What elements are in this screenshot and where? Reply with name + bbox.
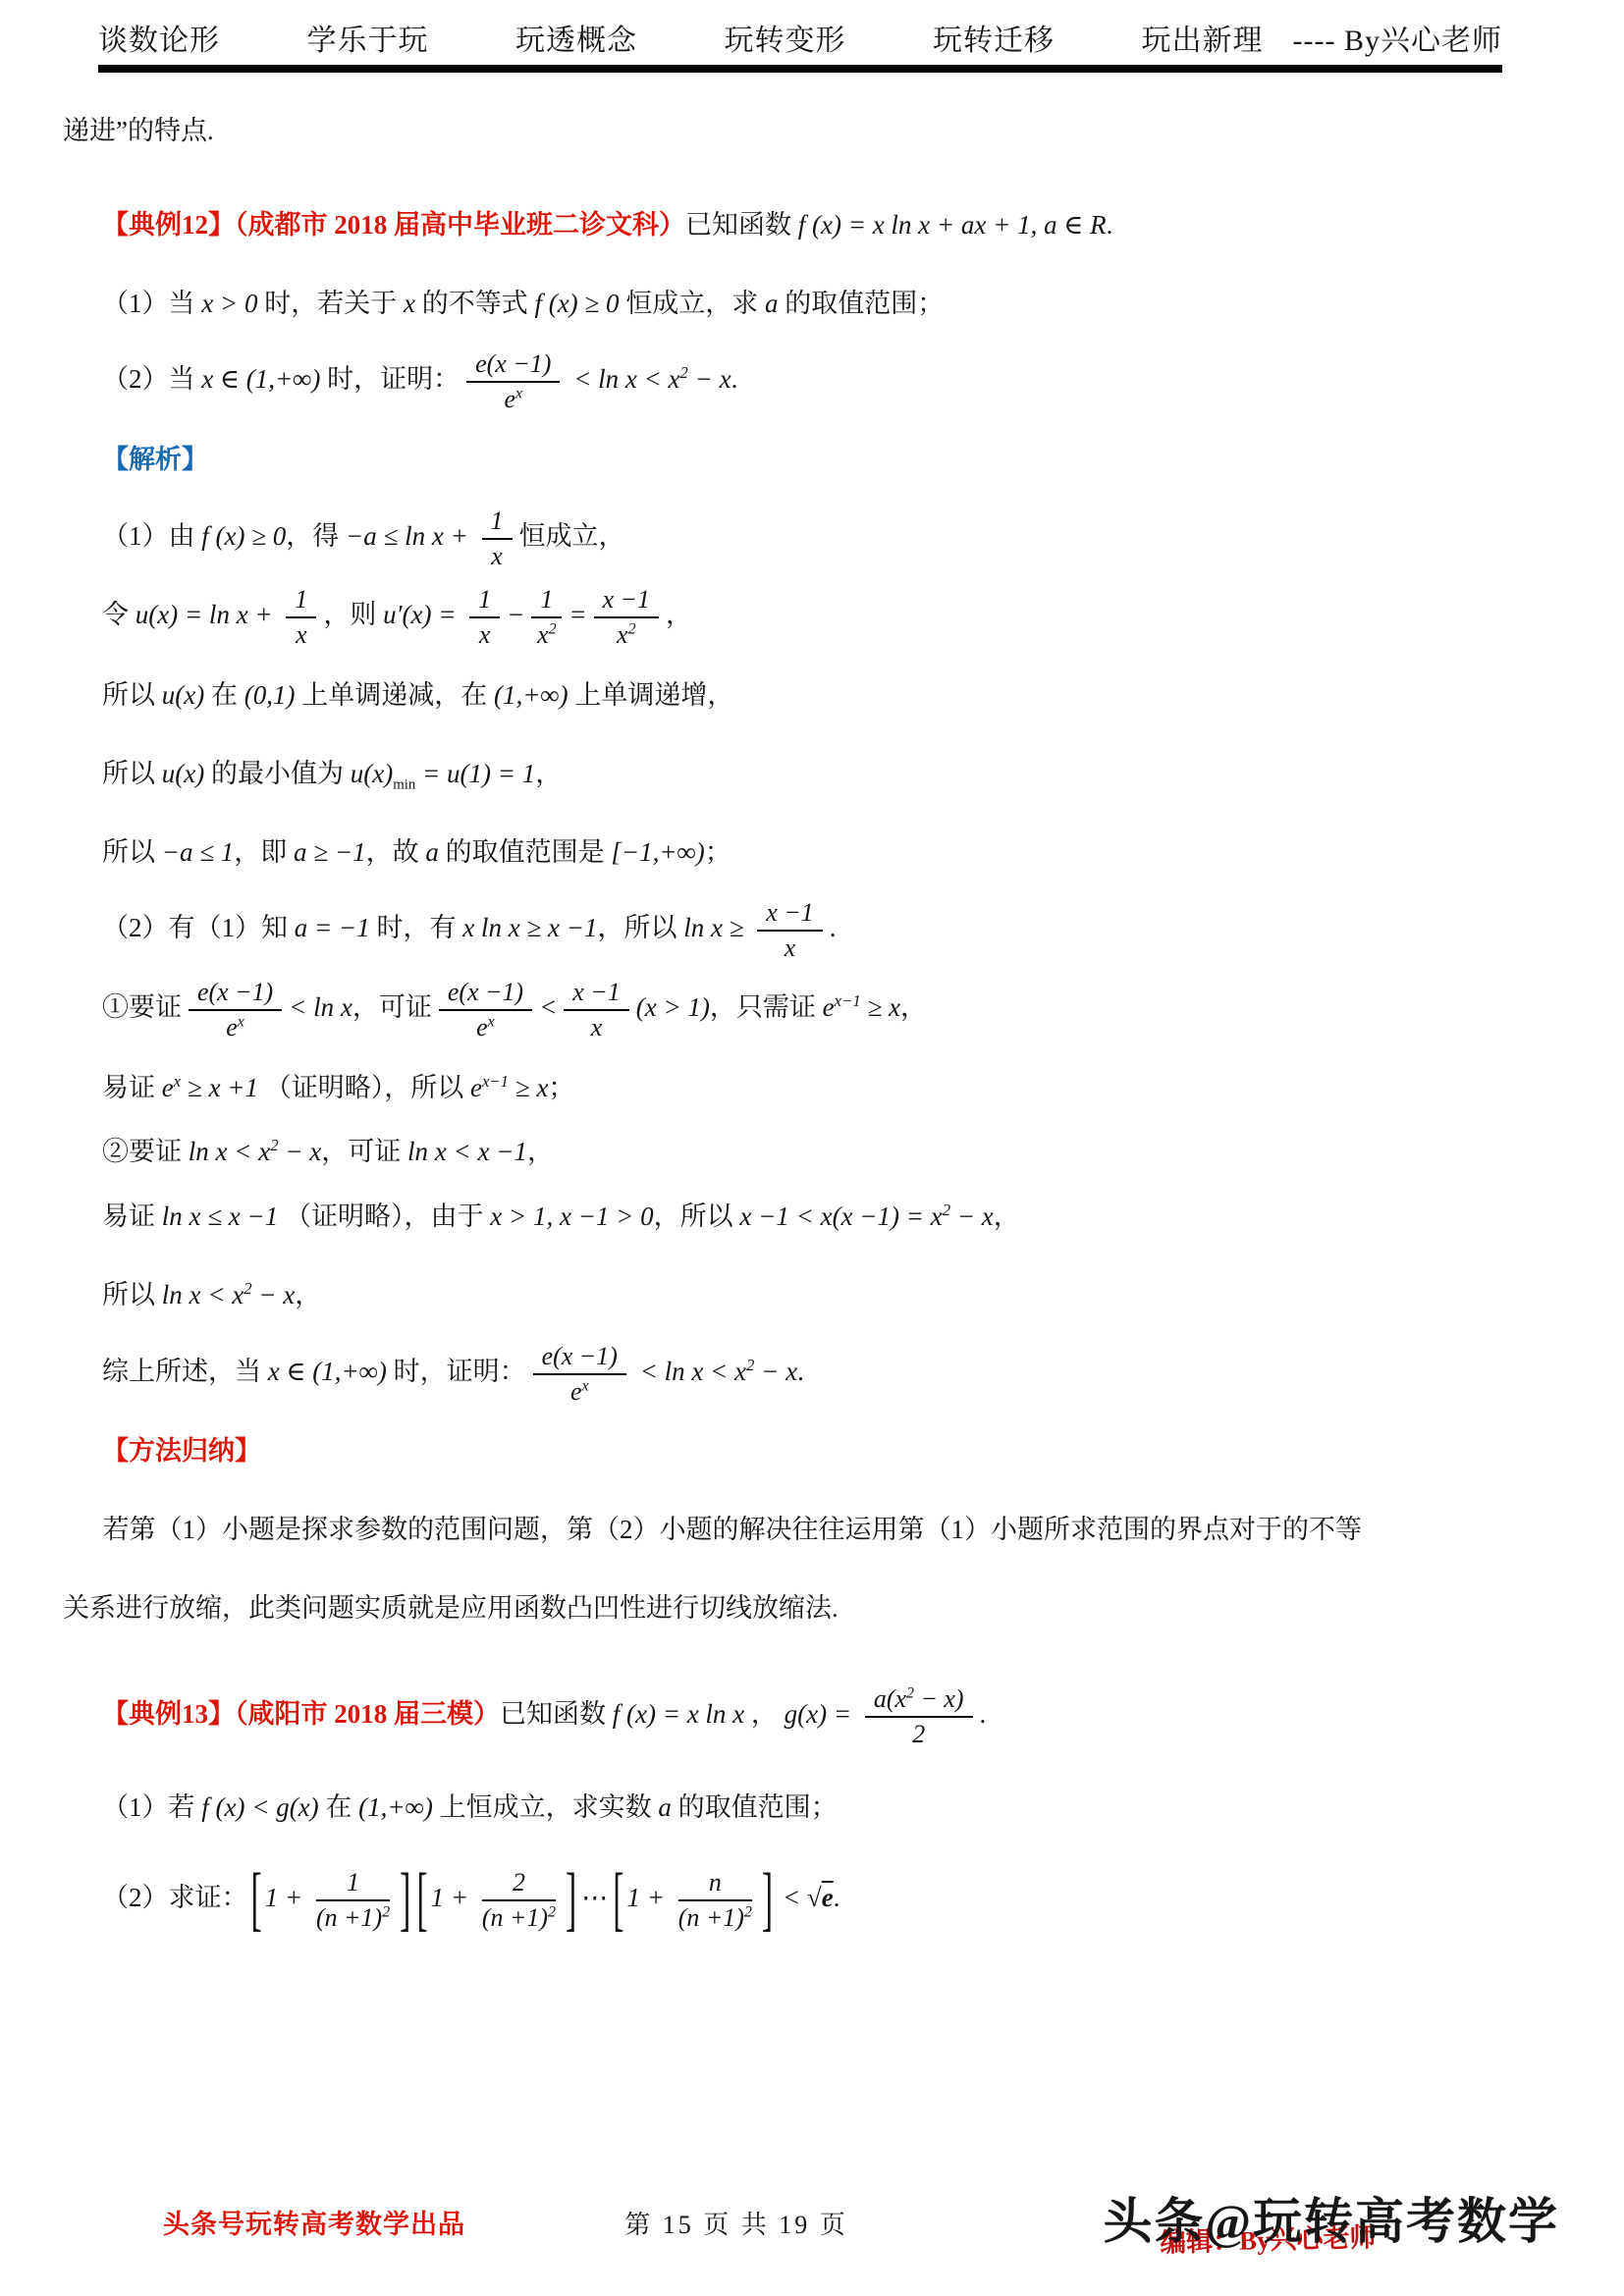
fraction: e(x −1)ex [466,349,560,414]
math-run: (x > 1) [636,992,710,1022]
text-run: ，只需证 [710,992,816,1022]
math-run: 2 [912,1720,925,1748]
text-run: ； [705,837,731,867]
header-divider [98,65,1502,73]
math-run: (1,+∞) [487,680,574,710]
text-run: ，得 [286,521,339,551]
math-run: x −1 [766,898,813,927]
math-run: < [539,992,557,1022]
text-run: 恒成立， [519,521,625,551]
text-run: ，可证 [352,992,432,1022]
solution-line-5: 所以 −a ≤ 1，即 a ≥ −1，故 a 的取值范围是 [−1,+∞)； [102,834,1534,872]
fraction-numerator: e(x −1) [439,978,532,1011]
ellipsis: ⋯ [581,1883,608,1912]
text-run: 所以 [102,680,155,710]
fraction-numerator: n [678,1868,752,1901]
math-run: f (x) < g(x) [195,1792,326,1822]
text-run: 综上所述，当 [102,1357,261,1386]
math-run: e [816,992,835,1022]
subscript: min [393,776,415,792]
radicand: e [822,1883,834,1912]
text-run: 易证 [102,1201,155,1231]
fraction-numerator: e(x −1) [189,978,282,1011]
text-run: 在 [211,680,238,710]
fraction-numerator: 1 [316,1868,390,1901]
math-run: 1 [295,585,307,614]
fraction: 2(n +1)2 [482,1868,556,1933]
math-run: 2 [513,1868,525,1896]
solution-line-12: 综上所述，当 x ∈ (1,+∞) 时，证明：e(x −1)ex < ln x … [102,1342,1534,1407]
math-run: 1 + [627,1883,672,1912]
fraction-denominator: 2 [865,1718,973,1749]
text-run: 所以 [102,837,155,867]
math-run: a = −1 [288,913,376,942]
text-run: ， [994,1201,1020,1231]
math-run: u(x) [155,759,211,788]
math-run: x ln x ≥ x −1 [456,913,597,942]
math-run: − x [252,1280,296,1309]
text-run: . [731,364,738,394]
superscript: 2 [549,621,557,638]
text-run: . [834,1883,840,1912]
example13-part1: （1）若 f (x) < g(x) 在 (1,+∞) 上恒成立，求实数 a 的取… [102,1789,1534,1827]
fraction-denominator: ex [189,1011,282,1042]
text-run: 已知函数 [685,210,791,240]
fraction-denominator: ex [533,1375,626,1407]
text-run: 上单调递减，在 [301,680,487,710]
text-run: 关系进行放缩，此类问题实质就是应用函数凸凹性进行切线放缩法. [63,1593,839,1623]
math-run: x [296,620,307,649]
math-run: −a ≤ ln x + [339,521,474,551]
header-item-6: 玩出新理 [1142,16,1264,59]
fraction: 1x [469,585,500,650]
math-run: < ln x < x [633,1357,746,1386]
example12-title: 【典例12】（成都市 2018 届高中毕业班二诊文科）已知函数 f (x) = … [102,207,1534,244]
math-run: −a ≤ 1 [155,837,234,867]
math-run: x [491,542,503,570]
fraction-denominator: x [564,1011,628,1042]
math-run: 1 [540,585,553,614]
math-run: x ∈ (1,+∞) [195,364,328,394]
text-run: 时，证明： [394,1357,526,1386]
math-run: a(x [874,1684,906,1713]
fraction: n(n +1)2 [678,1868,752,1933]
math-run: x −1 < x(x −1) = x [733,1201,943,1231]
header-item-5: 玩转迁移 [933,16,1055,59]
math-run: = u(1) = 1 [415,759,535,788]
header: 谈数论形 学乐于玩 玩透概念 玩转变形 玩转迁移 玩出新理 ---- By兴心老… [0,0,1624,59]
text-run: ，所以 [654,1201,733,1231]
math-run: 1 + [431,1883,475,1912]
superscript: x [488,1013,495,1030]
solution-line-9: ②要证 ln x < x2 − x，可证 ln x < x −1， [102,1134,1534,1171]
math-run: x [537,620,549,649]
example13-title: 【典例13】（咸阳市 2018 届三模）已知函数 f (x) = x ln x … [102,1684,1534,1749]
text-run: 上单调递增， [574,680,733,710]
superscript: 2 [906,1684,914,1701]
math-run: a [419,837,446,867]
superscript: 2 [628,621,636,638]
example12-part1: （1）当 x > 0 时，若关于 x 的不等式 f (x) ≥ 0 恒成立，求 … [102,286,1534,323]
text-run: （2）有（1）知 [102,913,288,942]
math-run: e(x −1) [197,978,273,1006]
superscript: x [581,1377,588,1394]
math-run: u′(x) = [376,600,462,629]
math-run: x −1 [572,978,620,1006]
fraction-denominator: x [469,618,500,650]
text-run: ， [295,1280,321,1309]
big-bracket: ] [566,1850,576,1950]
text-run: ， [751,1699,778,1729]
solution-line-7: ①要证e(x −1)ex< ln x，可证e(x −1)ex<x −1x(x >… [102,978,1534,1042]
fraction: e(x −1)ex [439,978,532,1042]
superscript: 2 [244,1279,251,1298]
math-run: f (x) = x ln x [606,1699,751,1729]
fraction: 1x2 [531,585,562,650]
math-run: e [463,1073,482,1102]
math-run: u(x) [344,759,393,788]
text-run: . [797,1357,804,1386]
math-run: e [226,1013,238,1041]
fraction-denominator: x [286,618,316,650]
text-run: ，故 [366,837,419,867]
big-bracket: ] [762,1850,773,1950]
fraction-numerator: x −1 [757,898,822,932]
math-run: x > 0 [195,289,265,318]
fraction-numerator: a(x2 − x) [865,1684,973,1718]
math-run: 1 [478,585,491,614]
superscript: 2 [744,1903,752,1920]
math-run: u(x) = ln x + [129,600,279,629]
fraction-denominator: (n +1)2 [316,1901,390,1933]
document-page: 谈数论形 学乐于玩 玩透概念 玩转变形 玩转迁移 玩出新理 ---- By兴心老… [0,0,1624,2296]
text-run: 时，有 [376,913,456,942]
math-run: x [397,289,421,318]
text-run: ， [900,992,927,1022]
math-run: ≥ x +1 [181,1073,265,1102]
text-run: （证明略），所以 [265,1073,464,1102]
text-run: ②要证 [102,1137,182,1166]
math-run: x [785,934,796,962]
math-run: < [776,1883,807,1912]
solution-line-10: 易证 ln x ≤ x −1 （证明略），由于 x > 1, x −1 > 0，… [102,1199,1534,1236]
fraction-denominator: x2 [594,618,659,650]
text-run: 上恒成立，求实数 [440,1792,652,1822]
text-run: 【典例12】（成都市 2018 届高中毕业班二诊文科） [102,210,685,240]
superscript: 2 [680,363,688,382]
math-run: u(x) [155,680,211,710]
footer-publisher: 头条号玩转高考数学出品 [163,2203,465,2241]
superscript: x−1 [482,1072,509,1091]
math-run: e(x −1) [475,349,551,378]
fraction-denominator: (n +1)2 [678,1901,752,1933]
math-run: ln x < x [182,1137,270,1166]
text-run: 时，若关于 [264,289,397,318]
header-item-2: 学乐于玩 [307,16,429,59]
math-run: < ln x < x [567,364,679,394]
fraction-denominator: x2 [531,618,562,650]
fraction-numerator: e(x −1) [533,1342,626,1375]
fraction-numerator: 2 [482,1868,556,1901]
math-run: n [709,1868,722,1896]
solution-line-11: 所以 ln x < x2 − x， [102,1277,1534,1314]
math-run: x ∈ (1,+∞) [261,1357,394,1386]
math-run: ln x ≥ [677,913,750,942]
math-run: x [617,620,628,649]
fraction-denominator: x [482,540,513,571]
text-run: 在 [325,1792,352,1822]
method-summary-text-1: 若第（1）小题是探求参数的范围问题，第（2）小题的解决往往运用第（1）小题所求范… [63,1512,1534,1549]
solution-line-8: 易证 ex ≥ x +1 （证明略），所以 ex−1 ≥ x； [102,1070,1534,1107]
math-run: = [568,600,586,629]
text-run: 的取值范围； [785,289,944,318]
math-run: (1,+∞) [352,1792,439,1822]
big-bracket: [ [416,1850,427,1950]
text-run: （1）当 [102,289,195,318]
big-bracket: ] [400,1850,410,1950]
solution-line-4: 所以 u(x) 的最小值为 u(x)min = u(1) = 1， [102,756,1534,793]
method-summary-text-2: 关系进行放缩，此类问题实质就是应用函数凸凹性进行切线放缩法. [63,1590,1534,1628]
header-item-1: 谈数论形 [98,16,220,59]
solution-line-3: 所以 u(x) 在 (0,1) 上单调递减，在 (1,+∞) 上单调递增， [102,677,1534,715]
text-run: （2）求证： [102,1883,248,1912]
fraction: 1(n +1)2 [316,1868,390,1933]
fraction-denominator: ex [466,383,560,414]
text-run: 恒成立，求 [625,289,758,318]
text-run: ，所以 [597,913,677,942]
math-run: ln x ≤ x −1 [155,1201,285,1231]
text-run: ； [548,1073,574,1102]
math-run: − x [950,1201,994,1231]
math-run: (n +1) [316,1903,382,1932]
math-run: (n +1) [678,1903,744,1932]
fraction: e(x −1)ex [533,1342,626,1407]
math-run: x > 1, x −1 > 0 [484,1201,654,1231]
fraction: x −1x [757,898,822,963]
math-run: f (x) ≥ 0 [195,521,287,551]
math-run: e [504,385,515,413]
big-bracket: [ [251,1850,262,1950]
superscript: x [238,1013,244,1030]
math-run: − [507,600,524,629]
math-run: a [758,289,785,318]
math-run: a ≥ −1 [287,837,365,867]
example12-part2: （2）当 x ∈ (1,+∞) 时，证明：e(x −1)ex < ln x < … [102,349,1534,414]
math-run: f (x) = x ln x + ax + 1, a ∈ R [791,210,1107,240]
text-run: ，可证 [321,1137,401,1166]
fraction-numerator: e(x −1) [466,349,560,383]
math-run: x [591,1013,603,1041]
text-run: ，即 [234,837,287,867]
superscript: x [515,386,522,402]
header-item-4: 玩转变形 [725,16,846,59]
paragraph-continuation: 递进”的特点. [63,113,1534,150]
text-run: . [980,1699,987,1729]
solution-line-2: 令 u(x) = ln x + 1x，则 u′(x) = 1x−1x2=x −1… [102,585,1534,650]
text-run: 的不等式 [422,289,528,318]
method-summary-heading: 【方法归纳】 [102,1433,1534,1470]
text-run: ，则 [323,600,376,629]
superscript: 2 [943,1201,950,1219]
text-run: 已知函数 [500,1699,606,1729]
fraction-numerator: 1 [531,585,562,618]
fraction: 1x [286,585,316,650]
math-run: ln x < x −1 [401,1137,527,1166]
math-run: (n +1) [482,1903,548,1932]
math-run: − x [688,364,731,394]
text-run: （证明略），由于 [285,1201,484,1231]
text-run: 的最小值为 [211,759,344,788]
math-run: − x) [914,1684,964,1713]
math-run: 1 + [265,1883,309,1912]
text-run: 所以 [102,759,155,788]
math-run: a [652,1792,678,1822]
math-run: e(x −1) [448,978,523,1006]
math-run: (0,1) [238,680,301,710]
example13-part2: （2）求证：[1 + 1(n +1)2][1 + 2(n +1)2]⋯[1 + … [102,1868,1534,1933]
header-item-3: 玩透概念 [515,16,637,59]
text-run: 令 [102,600,129,629]
footer-page-number: 第 15 页 共 19 页 [491,2205,982,2241]
radical-sign: √ [807,1883,822,1912]
math-run: x [479,620,491,649]
math-run: f (x) ≥ 0 [528,289,626,318]
text-run: . [830,913,837,942]
math-run: e [155,1073,174,1102]
text-run: 【方法归纳】 [102,1436,261,1466]
fraction: 1x [482,507,513,571]
math-run: − x [754,1357,797,1386]
fraction: e(x −1)ex [189,978,282,1042]
fraction-numerator: x −1 [594,585,659,618]
fraction: x −1x [564,978,628,1042]
superscript: 2 [382,1903,390,1920]
math-run: ln x < x [155,1280,244,1309]
superscript: 2 [548,1903,556,1920]
text-run: . [1107,210,1113,240]
fraction-numerator: 1 [482,507,513,540]
text-run: （1）若 [102,1792,195,1822]
fraction: a(x2 − x)2 [865,1684,973,1749]
fraction: x −1x2 [594,585,659,650]
fraction-numerator: 1 [469,585,500,618]
math-run: x −1 [603,585,650,614]
content: 递进”的特点.【典例12】（成都市 2018 届高中毕业班二诊文科）已知函数 f… [0,73,1624,1933]
text-run: （2）当 [102,364,195,394]
text-run: ， [666,600,692,629]
text-run: 的取值范围； [678,1792,838,1822]
superscript: 2 [270,1136,278,1154]
watermark: 头条@玩转高考数学 [1103,2182,1559,2253]
math-run: − x [279,1137,322,1166]
superscript: x−1 [835,991,861,1010]
math-run: e [570,1377,582,1406]
math-run: e(x −1) [542,1342,618,1370]
solution-line-6: （2）有（1）知 a = −1 时，有 x ln x ≥ x −1，所以 ln … [102,898,1534,963]
math-run: [−1,+∞) [605,837,705,867]
math-run: ≥ x [509,1073,548,1102]
text-run: 时，证明： [327,364,460,394]
math-run: ≥ x [861,992,900,1022]
math-run: < ln x [289,992,352,1022]
math-run: 1 [491,507,504,535]
math-run: 1 [347,1868,359,1896]
header-nav-items: 谈数论形 学乐于玩 玩透概念 玩转变形 玩转迁移 玩出新理 [98,16,1264,59]
text-run: 若第（1）小题是探求参数的范围问题，第（2）小题的解决往往运用第（1）小题所求范… [103,1515,1363,1544]
text-run: 【解析】 [102,445,208,474]
text-run: ①要证 [102,992,182,1022]
header-byline: ---- By兴心老师 [1293,16,1502,59]
math-run: g(x) = [778,1699,858,1729]
text-run: （1）由 [102,521,195,551]
text-run: 的取值范围是 [446,837,605,867]
text-run: 【典例13】（咸阳市 2018 届三模） [102,1699,500,1729]
text-run: 易证 [102,1073,155,1102]
math-run: e [476,1013,488,1041]
fraction-numerator: x −1 [564,978,628,1011]
big-bracket: [ [613,1850,623,1950]
fraction-denominator: x [757,932,822,963]
fraction-numerator: 1 [286,585,316,618]
text-run: 递进”的特点. [63,116,214,145]
analysis-heading: 【解析】 [102,442,1534,479]
fraction-denominator: ex [439,1011,532,1042]
square-root: √e [807,1883,834,1912]
text-run: ， [535,759,562,788]
text-run: ， [527,1137,554,1166]
fraction-denominator: (n +1)2 [482,1901,556,1933]
solution-line-1: （1）由 f (x) ≥ 0，得 −a ≤ ln x + 1x恒成立， [102,507,1534,571]
text-run: 所以 [102,1280,155,1309]
